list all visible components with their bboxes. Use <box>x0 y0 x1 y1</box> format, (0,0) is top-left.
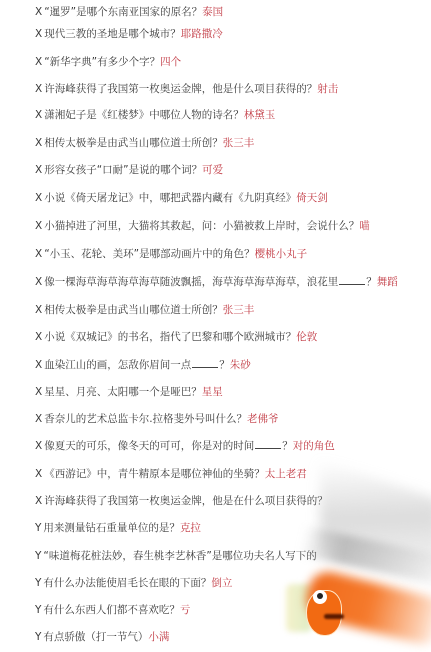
item-prefix: X <box>35 413 42 425</box>
item-prefix: Y <box>35 577 41 589</box>
item-question: 有什么办法能使眉毛长在眼的下面？ <box>43 577 211 589</box>
item-answer: 朱砂 <box>230 359 251 371</box>
item-answer: 可爱 <box>202 164 223 176</box>
item-question: 相传太极拳是由武当山哪位道士所创？ <box>44 304 223 316</box>
orange-mascot-icon <box>286 580 431 652</box>
item-question: 相传太极拳是由武当山哪位道士所创？ <box>44 137 223 149</box>
list-item: X小说《倚天屠龙记》中，哪把武器内藏有《九阴真经》倚天剑 <box>35 190 328 206</box>
item-prefix: X <box>35 468 42 480</box>
list-item: X香奈儿的艺术总监卡尔.拉格斐外号叫什么？老佛爷 <box>35 411 279 427</box>
list-item: X像夏天的可乐，像冬天的可可，你是对的时间？对的角色 <box>35 438 335 454</box>
item-answer: 伦敦 <box>296 331 317 343</box>
fill-in-blank <box>192 357 218 368</box>
item-answer: 张三丰 <box>223 304 255 316</box>
list-item: Y用来测量钻石重量单位的是？克拉 <box>35 520 201 536</box>
item-answer: 太上老君 <box>265 468 307 480</box>
list-item: X“新华字典”有多少个字？四个 <box>35 54 181 70</box>
item-question: 《西游记》中，青牛精原本是哪位神仙的坐骑？ <box>44 468 265 480</box>
item-prefix: X <box>35 440 42 452</box>
item-answer: 老佛爷 <box>247 413 279 425</box>
item-prefix: X <box>35 192 42 204</box>
item-prefix: X <box>35 386 42 398</box>
list-item: X许海峰获得了我国第一枚奥运金牌，他是什么项目获得的？射击 <box>35 81 338 97</box>
list-item: X《西游记》中，青牛精原本是哪位神仙的坐骑？太上老君 <box>35 466 307 482</box>
item-answer: 四个 <box>160 56 181 68</box>
mascot-mouth <box>324 614 344 619</box>
item-question: 现代三教的圣地是哪个城市？ <box>44 28 181 40</box>
list-item: X小猫掉进了河里，大猫将其救起，问：小猫被救上岸时，会说什么？喵 <box>35 218 370 234</box>
list-item: X像一棵海草海草海草海草随波飘摇，海草海草海草海草，浪花里？舞蹈 <box>35 274 398 290</box>
item-answer: 喵 <box>359 220 370 232</box>
item-answer: 倒立 <box>211 577 232 589</box>
item-question-suffix: ？ <box>282 440 293 452</box>
item-answer: 小满 <box>148 631 169 643</box>
item-question: 香奈儿的艺术总监卡尔.拉格斐外号叫什么？ <box>44 413 247 425</box>
item-prefix: Y <box>35 604 41 616</box>
item-prefix: X <box>35 28 42 40</box>
item-prefix: X <box>35 137 42 149</box>
item-question: 星星、月亮、太阳哪一个是哑巴？ <box>44 386 202 398</box>
item-question: 小猫掉进了河里，大猫将其救起，问：小猫被救上岸时，会说什么？ <box>44 220 359 232</box>
item-question-suffix: ？ <box>219 359 230 371</box>
item-question: “新华字典”有多少个字？ <box>44 56 160 68</box>
item-prefix: X <box>35 83 42 95</box>
item-prefix: X <box>35 109 42 121</box>
list-item: X相传太极拳是由武当山哪位道士所创？张三丰 <box>35 135 254 151</box>
item-answer: 对的角色 <box>293 440 335 452</box>
list-item: Y有什么办法能使眉毛长在眼的下面？倒立 <box>35 575 232 591</box>
item-prefix: X <box>35 248 42 260</box>
list-item: X相传太极拳是由武当山哪位道士所创？张三丰 <box>35 302 254 318</box>
item-question: 像夏天的可乐，像冬天的可可，你是对的时间 <box>44 440 254 452</box>
item-prefix: X <box>35 6 42 18</box>
list-item: X小说《双城记》的书名，指代了巴黎和哪个欧洲城市？伦敦 <box>35 329 317 345</box>
item-question: 有什么东西人们都不喜欢吃？ <box>43 604 180 616</box>
item-question: “小玉、花轮、美环”是哪部动画片中的角色？ <box>44 248 254 260</box>
item-answer: 倚天剑 <box>296 192 328 204</box>
item-question: 有点骄傲（打一节气） <box>43 631 148 643</box>
item-answer: 射击 <box>317 83 338 95</box>
item-question: 小说《双城记》的书名，指代了巴黎和哪个欧洲城市？ <box>44 331 296 343</box>
item-prefix: X <box>35 56 42 68</box>
list-item: X星星、月亮、太阳哪一个是哑巴？星星 <box>35 384 223 400</box>
item-answer: 泰国 <box>202 6 223 18</box>
list-item: Y有点骄傲（打一节气）小满 <box>35 629 169 645</box>
item-question: 用来测量钻石重量单位的是？ <box>43 522 180 534</box>
mascot-pupil <box>317 593 323 599</box>
item-question: 血染江山的画，怎敌你眉间一点 <box>44 359 191 371</box>
list-item: X现代三教的圣地是哪个城市？耶路撒冷 <box>35 26 223 42</box>
item-prefix: X <box>35 220 42 232</box>
item-answer: 舞蹈 <box>377 276 398 288</box>
list-item: X许海峰获得了我国第一枚奥运金牌，他是在什么项目获得的？ <box>35 493 328 509</box>
item-answer: 林黛玉 <box>244 109 276 121</box>
list-item: Y有什么东西人们都不喜欢吃？亏 <box>35 602 190 618</box>
item-prefix: Y <box>35 550 41 562</box>
list-item: X“暹罗”是哪个东南亚国家的原名？泰国 <box>35 4 223 20</box>
item-prefix: X <box>35 495 42 507</box>
item-prefix: X <box>35 164 42 176</box>
item-question: 许海峰获得了我国第一枚奥运金牌，他是什么项目获得的？ <box>44 83 317 95</box>
list-item: X“小玉、花轮、美环”是哪部动画片中的角色？樱桃小丸子 <box>35 246 307 262</box>
item-question: 形容女孩子“口耐”是说的哪个词？ <box>44 164 202 176</box>
item-prefix: Y <box>35 522 41 534</box>
item-prefix: X <box>35 276 42 288</box>
list-item: X形容女孩子“口耐”是说的哪个词？可爱 <box>35 162 223 178</box>
item-answer: 耶路撒冷 <box>181 28 223 40</box>
item-question: 潇湘妃子是《红楼梦》中哪位人物的诗名？ <box>44 109 244 121</box>
item-question: “味道梅花桩法妙，春生桃李艺林香”是哪位功夫名人写下的 <box>43 550 316 562</box>
item-prefix: X <box>35 359 42 371</box>
item-answer: 克拉 <box>180 522 201 534</box>
item-question: “暹罗”是哪个东南亚国家的原名？ <box>44 6 202 18</box>
item-answer: 樱桃小丸子 <box>255 248 308 260</box>
item-answer: 星星 <box>202 386 223 398</box>
list-item: X潇湘妃子是《红楼梦》中哪位人物的诗名？林黛玉 <box>35 107 275 123</box>
list-item: Y“味道梅花桩法妙，春生桃李艺林香”是哪位功夫名人写下的 <box>35 548 317 564</box>
list-item: X血染江山的画，怎敌你眉间一点？朱砂 <box>35 357 251 373</box>
fill-in-blank <box>339 274 365 285</box>
item-question: 小说《倚天屠龙记》中，哪把武器内藏有《九阴真经》 <box>44 192 296 204</box>
item-answer: 张三丰 <box>223 137 255 149</box>
item-prefix: Y <box>35 631 41 643</box>
item-answer: 亏 <box>180 604 191 616</box>
item-question: 许海峰获得了我国第一枚奥运金牌，他是在什么项目获得的？ <box>44 495 328 507</box>
fill-in-blank <box>255 438 281 449</box>
item-question: 像一棵海草海草海草海草随波飘摇，海草海草海草海草，浪花里 <box>44 276 338 288</box>
item-prefix: X <box>35 304 42 316</box>
item-question-suffix: ？ <box>366 276 377 288</box>
item-prefix: X <box>35 331 42 343</box>
